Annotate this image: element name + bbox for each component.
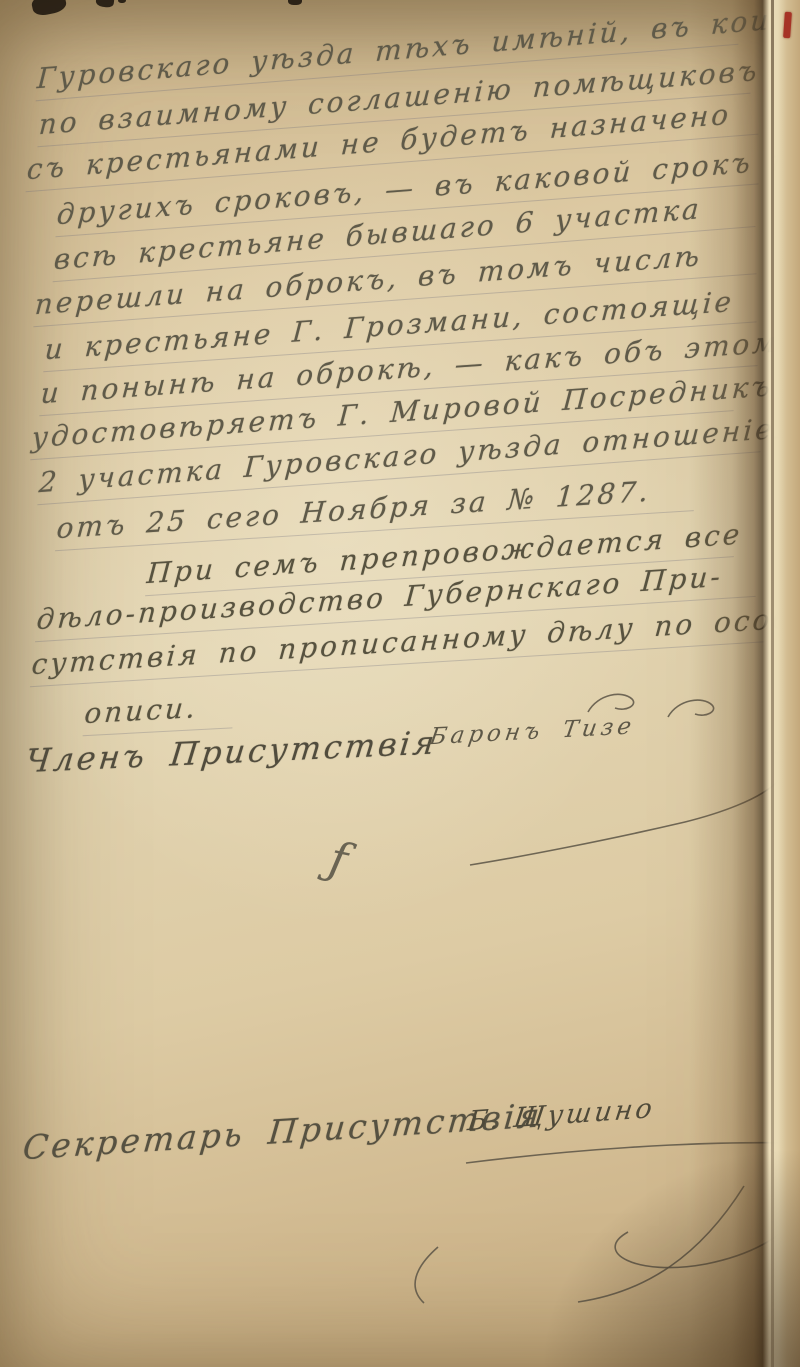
manuscript-line: описи. — [83, 689, 236, 736]
scan-artifact — [118, 0, 126, 3]
scan-artifact — [95, 0, 114, 8]
pen-flourish — [588, 694, 634, 712]
corner-shadow — [540, 1147, 800, 1367]
photo-background: Гуровскаго уѣзда тѣхъ имѣній, въ коихъ п… — [0, 0, 800, 1367]
stray-pen-mark: ƒ — [325, 831, 353, 887]
scan-artifact — [288, 0, 302, 5]
scan-artifact — [30, 0, 67, 17]
member-signature: Баронъ Тизе — [428, 713, 637, 750]
manuscript-page: Гуровскаго уѣзда тѣхъ имѣній, въ коихъ п… — [0, 0, 800, 1367]
pen-flourish — [415, 1247, 438, 1303]
